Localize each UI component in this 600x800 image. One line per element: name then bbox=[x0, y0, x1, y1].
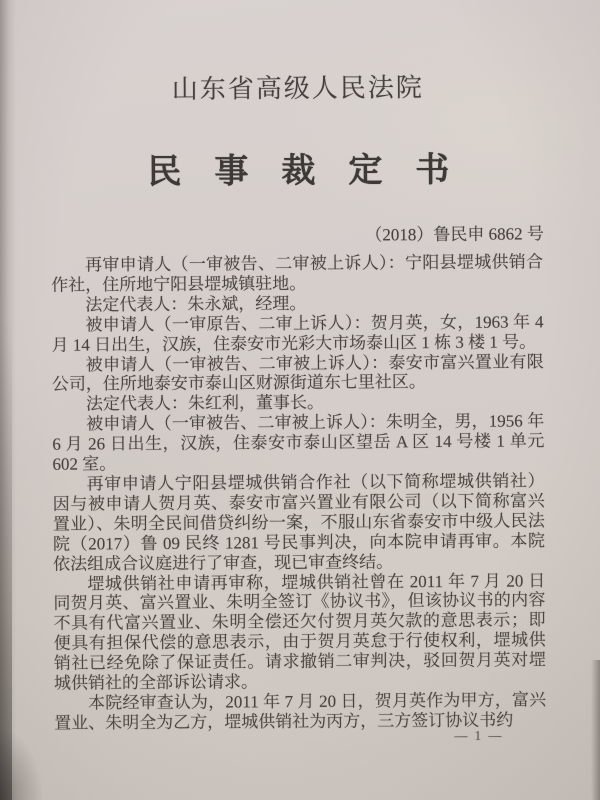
page-number: — 1 — bbox=[454, 728, 503, 744]
paragraph-respondent-1: 被申请人（一审原告、二审上诉人）：贺月英，女，1963 年 4 月 14 日出生… bbox=[51, 312, 543, 355]
court-name: 山东省高级人民法院 bbox=[0, 66, 598, 107]
paragraph-respondent-3: 被申请人（一审被告、二审被上诉人）：朱明全，男，1956 年 6 月 26 日出… bbox=[52, 412, 544, 475]
paragraph-retrial-claims: 堽城供销社申请再审称，堽城供销社曾在 2011 年 7 月 20 日同贺月英、富… bbox=[53, 571, 546, 694]
document-page: 山东省高级人民法院 民 事 裁 定 书 （2018）鲁民申 6862 号 再审申… bbox=[0, 0, 600, 800]
case-number: （2018）鲁民申 6862 号 bbox=[365, 219, 544, 245]
document-title: 民 事 裁 定 书 bbox=[0, 141, 599, 194]
document-body: 再审申请人（一审被告、二审被上诉人）：宁阳县堽城供销合作社，住所地宁阳县堽城镇驻… bbox=[51, 252, 546, 733]
paragraph-retrial-applicant: 再审申请人（一审被告、二审被上诉人）：宁阳县堽城供销合作社，住所地宁阳县堽城镇驻… bbox=[51, 252, 543, 295]
document-photo: 山东省高级人民法院 民 事 裁 定 书 （2018）鲁民申 6862 号 再审申… bbox=[0, 0, 600, 800]
document-title-text: 民 事 裁 定 书 bbox=[147, 152, 461, 191]
paragraph-respondent-2: 被申请人（一审被告、二审被上诉人）：泰安市富兴置业有限公司，住所地泰安市泰山区财… bbox=[52, 352, 544, 395]
paragraph-case-overview: 再审申请人宁阳县堽城供销合作社（以下简称堽城供销社）因与被申请人贺月英、泰安市富… bbox=[53, 471, 546, 574]
